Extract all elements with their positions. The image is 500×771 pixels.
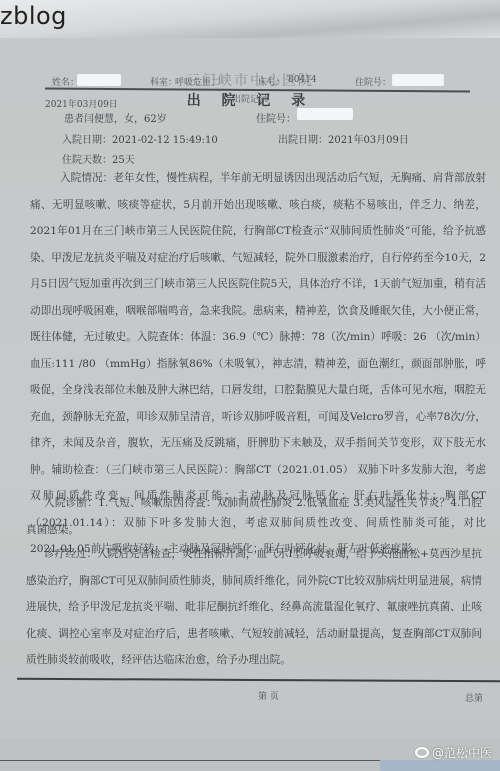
total-page-number: 总第 [465, 691, 483, 704]
patient-line: 患者闫便慧，女，62岁 [64, 110, 167, 125]
department-value: 呼吸危重二 [175, 75, 220, 88]
bed-label: 床号： [258, 75, 285, 88]
name-label: 姓名： [52, 75, 79, 88]
admission-no-label: 住院号： [355, 75, 391, 88]
department-label: 科室： [150, 75, 177, 88]
admission-no-redaction [392, 74, 444, 86]
name-redaction [77, 74, 121, 86]
photo-background-bottom [380, 760, 500, 771]
watermark-zblog: zblog [0, 0, 67, 32]
admission-diagnosis: 入院诊断：1.气短、咳嗽原因待查：双肺间质性肺炎 2.低氧血症 3.类风湿性关节… [26, 490, 482, 543]
paper-edge [0, 760, 420, 761]
hospital-days: 住院天数：25天 [62, 151, 135, 166]
discharge-record-page: 三门峡市中心医院 出 院 记 录 姓名： 科室： 呼吸危重二 床号： 80414… [0, 38, 500, 738]
treatment-course: 诊疗经过：入院后完善检查，炎性指标升高，血气示Ⅰ型呼吸衰竭，给予头孢曲松+莫西沙… [26, 541, 482, 674]
weibo-watermark: @范松中医 [415, 744, 492, 761]
record-date: 2021年03月09日 [45, 97, 118, 110]
bed-value: 80414 [288, 75, 317, 85]
discharge-date: 出院日期：2021年03月09日 [278, 131, 409, 146]
admission-no2-redaction [297, 108, 353, 120]
weibo-handle: @范松中医 [432, 746, 492, 760]
photo-background-top [0, 0, 500, 40]
footer-rule [17, 678, 500, 682]
admission-no2-label: 住院号： [256, 110, 296, 125]
admission-date: 入院日期：2021-02-12 15:49:10 [62, 131, 218, 146]
page-number: 第 页 [258, 689, 279, 702]
weibo-logo-icon [415, 747, 429, 758]
